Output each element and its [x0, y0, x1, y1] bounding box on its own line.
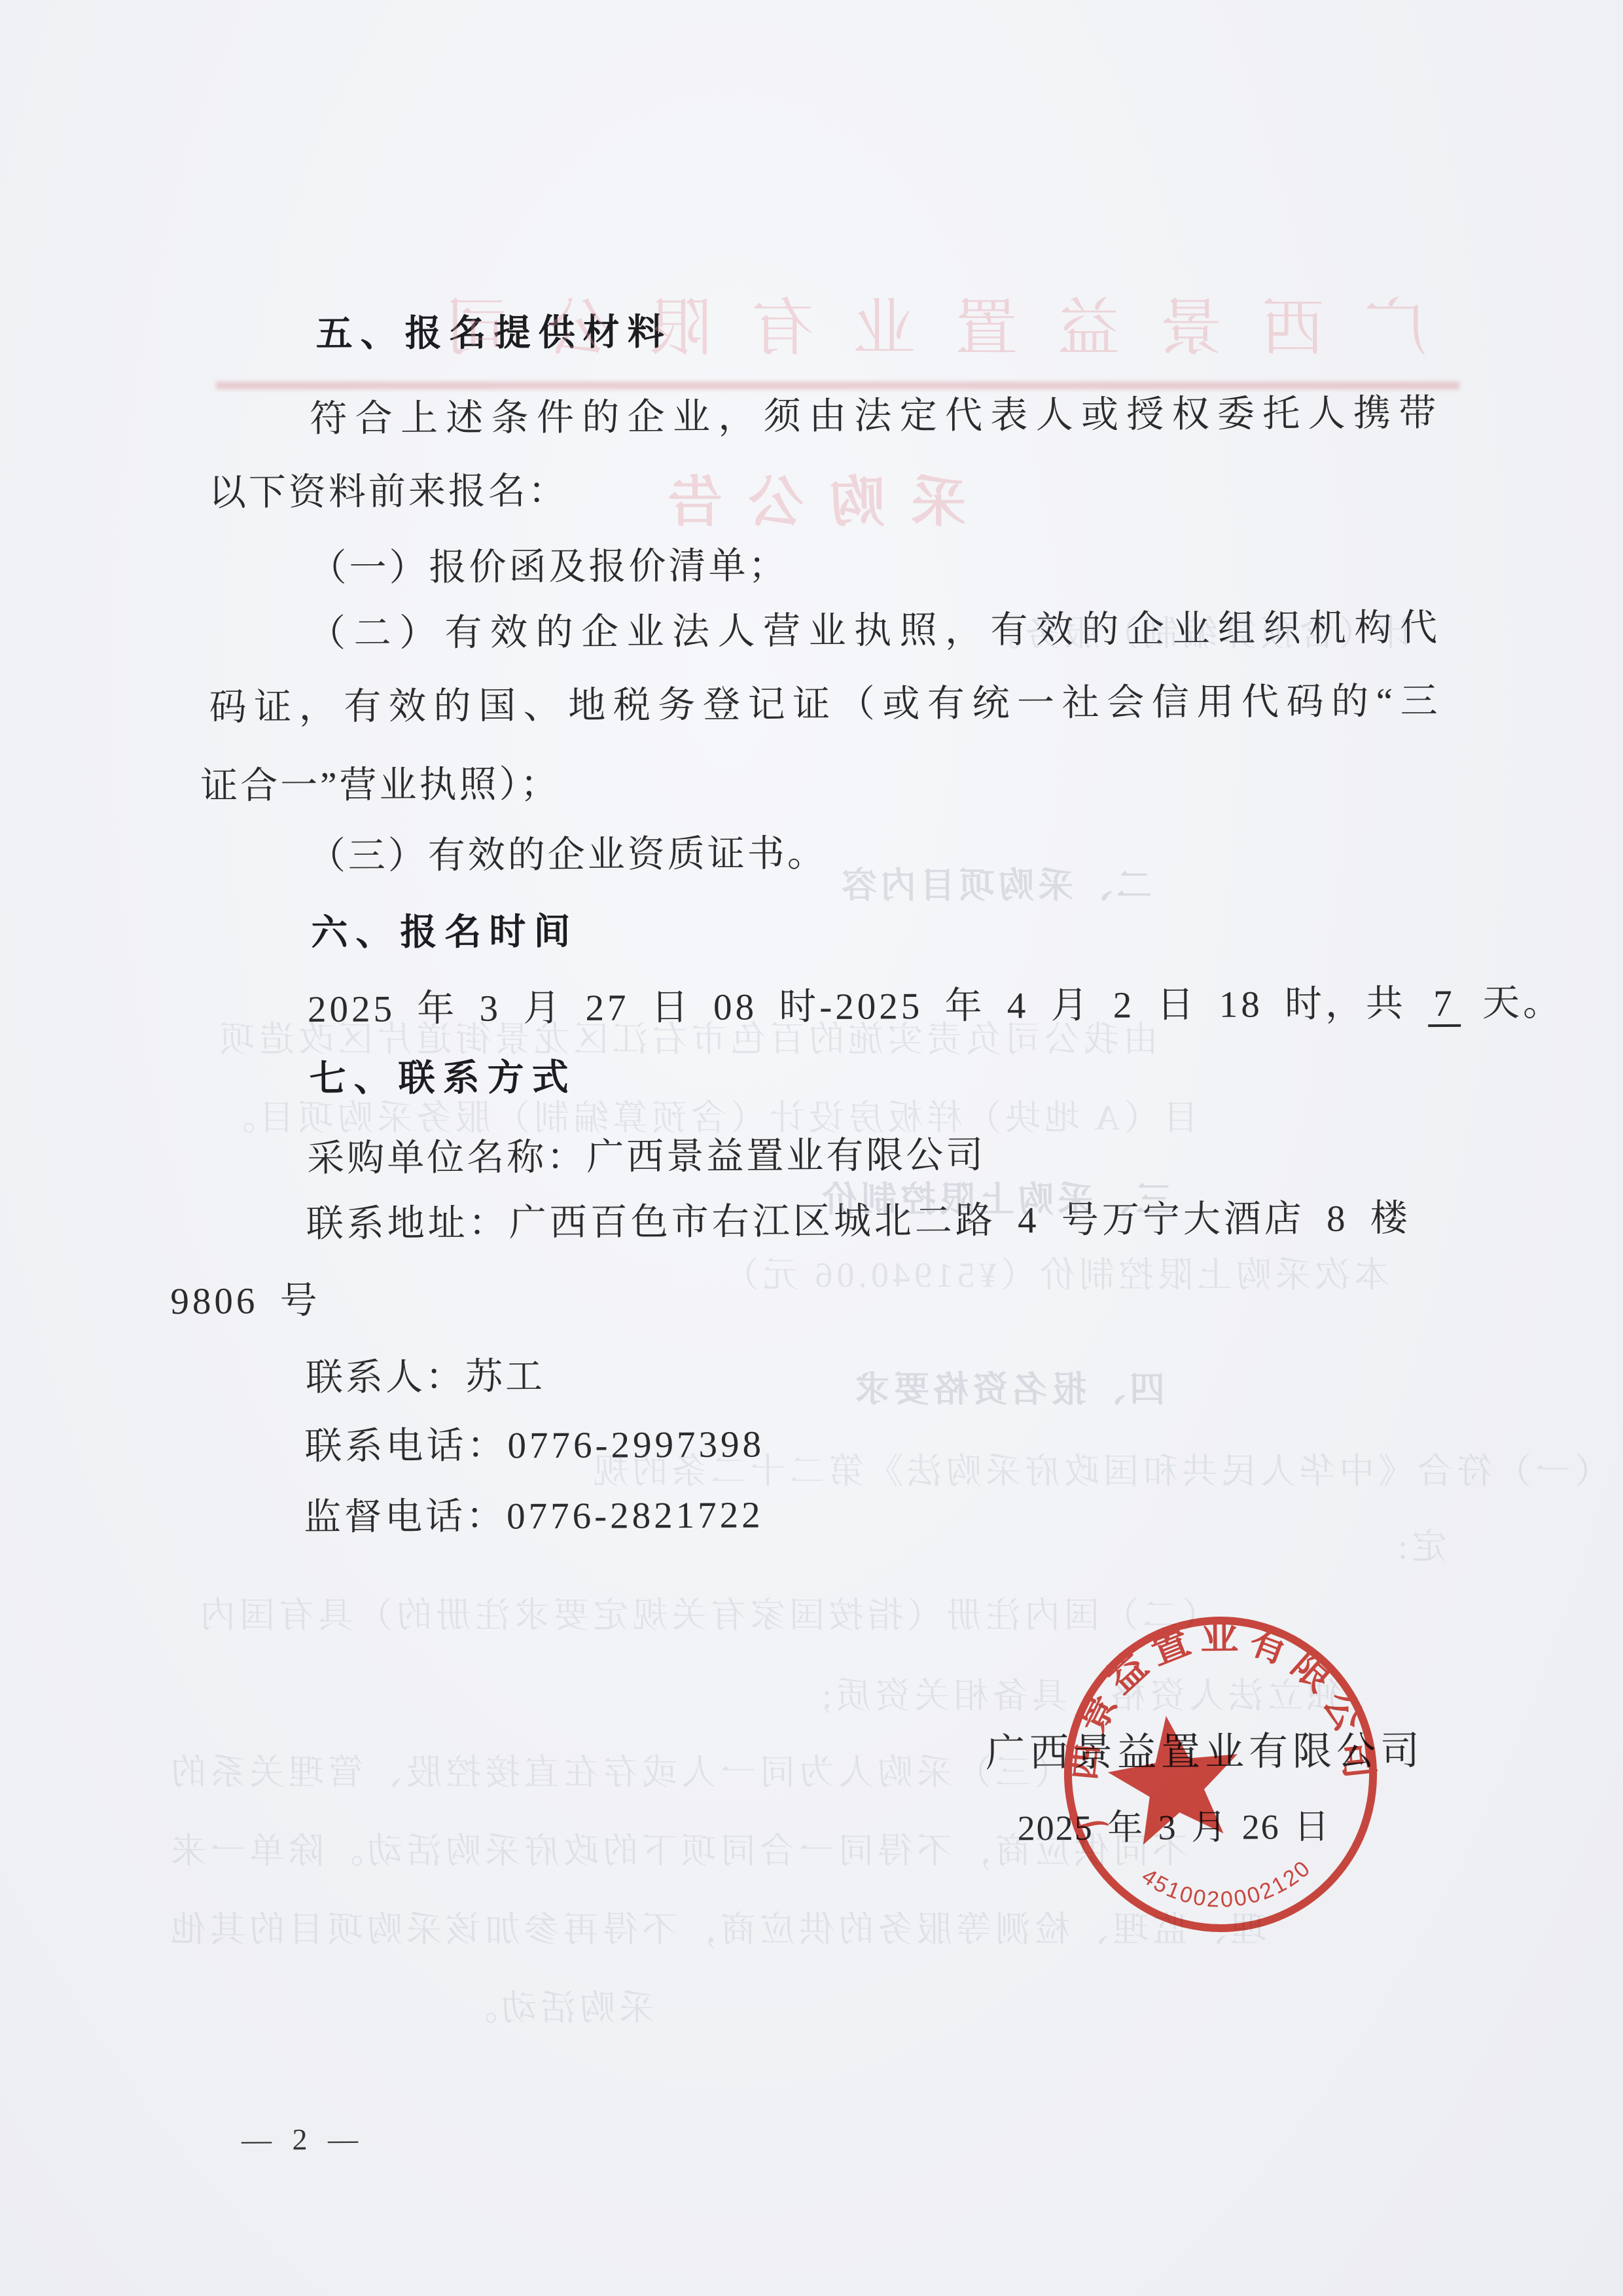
bleedthrough-line: （三）采购人为同一人或存在直接控股、管理关系的 [167, 1744, 1070, 1795]
bleedthrough-line: 采购活动。 [458, 1980, 654, 2030]
time-range-days-underlined: 7 [1428, 983, 1461, 1027]
bleedthrough-line: 计（含预算编制）服务。 [982, 605, 1414, 656]
bleedthrough-line: 二、采购项目内容 [838, 857, 1152, 908]
bleedthrough-line: 三、采购上限控制价 [818, 1172, 1171, 1222]
seal-star-icon [1101, 1707, 1248, 1848]
bleedthrough-line: 四、报名资格要求 [851, 1361, 1165, 1412]
bleedthrough-line: 本次采购上限控制价（¥51940.06 元） [720, 1247, 1389, 1297]
bleedthrough-red-rule [216, 382, 1459, 389]
bleedthrough-line: 不同供应商，不得同一合同项下的政府采购活动。除单一来 [167, 1823, 1188, 1873]
section5-paragraph-line1: 符合上述条件的企业，须由法定代表人或授权委托人携带 [310, 383, 1438, 442]
bleedthrough-title: 广西景益置业有限公司 [406, 278, 1427, 368]
scanned-document-page: 广西景益置业有限公司 采购公告 计（含预算编制）服务。 二、采购项目内容 由我公… [0, 0, 1623, 2296]
company-seal-stamp: 广西景益置业有限公司 4510020002120 [1047, 1601, 1394, 1948]
contact-person: 联系人：苏工 [306, 1346, 545, 1401]
svg-text:广西景益置业有限公司: 广西景益置业有限公司 [1047, 1601, 1384, 1837]
time-range-after: 天。 [1461, 982, 1564, 1024]
seal-company-arc-text: 广西景益置业有限公司 [1047, 1601, 1384, 1837]
bleedthrough-line: （一）符合《中华人民共和国政府采购法》第二十二条的规 [589, 1443, 1610, 1494]
section5-item2-line3: 证合一”营业执照）； [200, 754, 560, 810]
section5-item3: （三）有效的企业资质证书。 [308, 823, 827, 880]
section6-heading: 六、报名时间 [311, 903, 578, 956]
section5-item2-line2: 码证，有效的国、地税务登记证（或有统一社会信用代码的“三 [209, 671, 1440, 731]
bleedthrough-line: 目（A 地块）样板房设计（含预算编制）服务采购项目。 [216, 1090, 1199, 1140]
bleedthrough-subtitle: 采购公告 [641, 458, 966, 537]
bleedthrough-line: 定: [1394, 1518, 1447, 1569]
page-number: — 2 — [241, 2122, 365, 2157]
section5-paragraph-line2: 以下资料前来报名： [209, 461, 568, 516]
section5-item1: （一）报价函及报价清单； [309, 535, 788, 592]
bleedthrough-line: 由我公司负责实施的百色市右江区龙景街道片区改造项 [216, 1011, 1158, 1062]
contact-address-line2: 9806 号 [170, 1270, 321, 1325]
